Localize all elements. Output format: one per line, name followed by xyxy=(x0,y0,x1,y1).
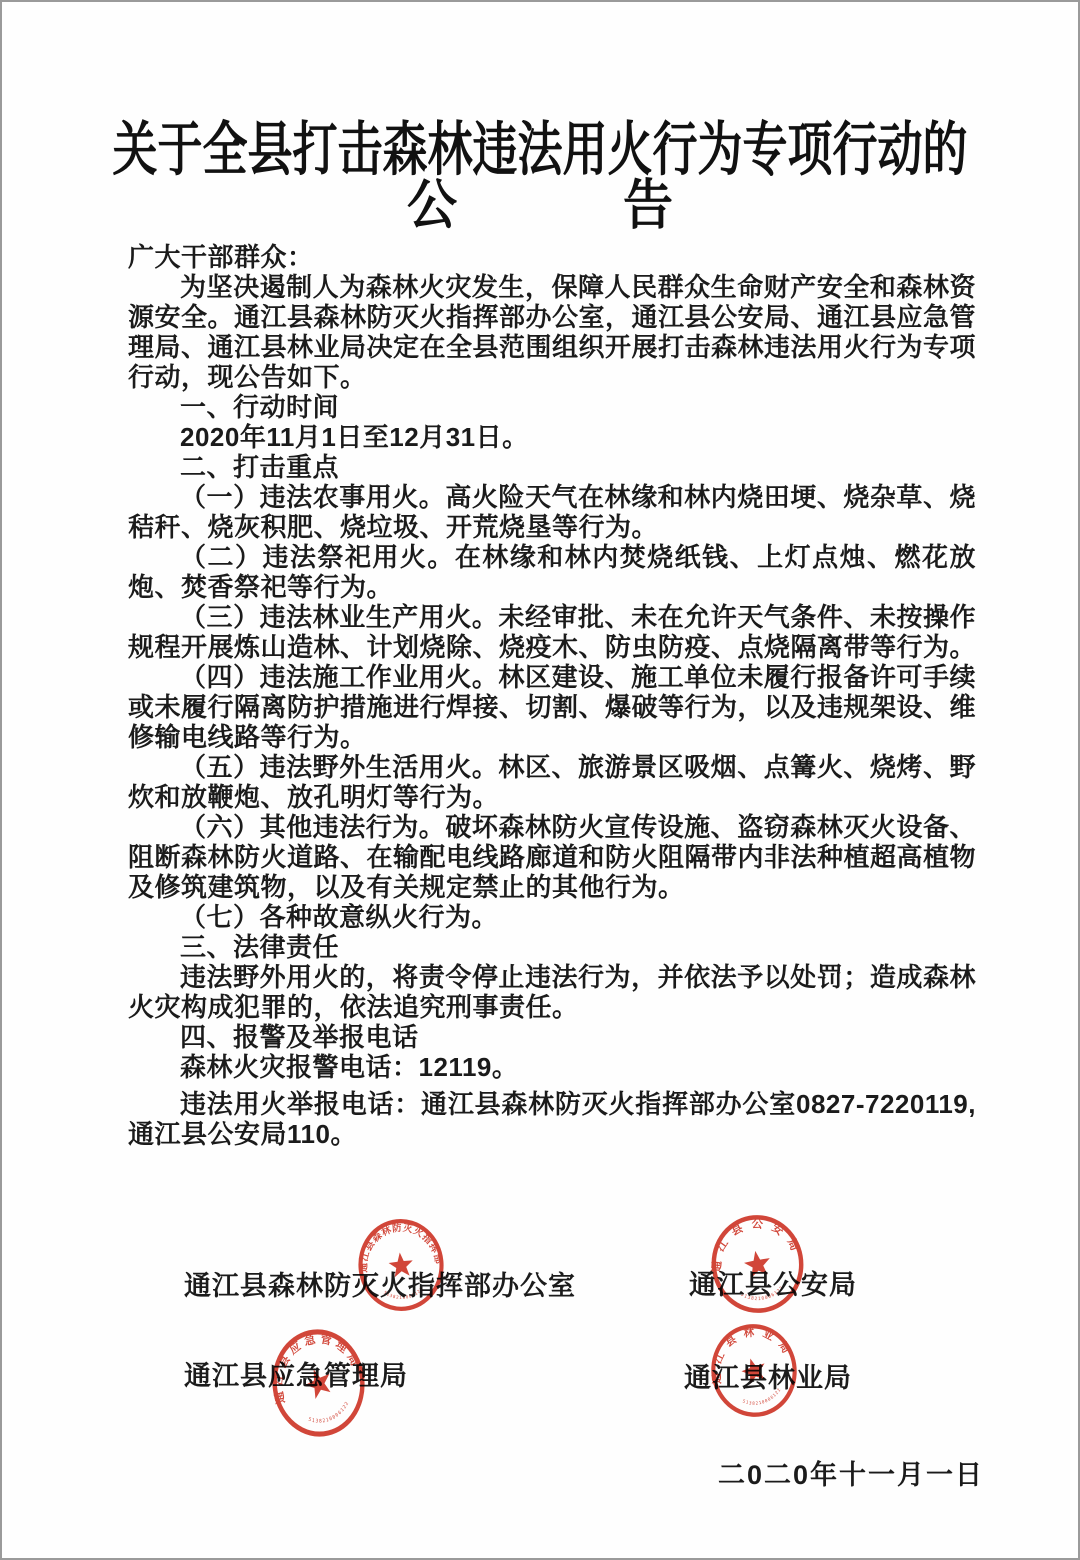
paragraph: （一）违法农事用火。高火险天气在林缘和林内烧田埂、烧杂草、烧秸秆、烧灰积肥、烧垃… xyxy=(128,482,976,542)
page: 关于全县打击森林违法用火行为专项行动的 公 告 广大干部群众： 为坚决遏制人为森… xyxy=(0,0,1080,1560)
issue-date: 二0二0年十一月一日 xyxy=(718,1453,984,1492)
star-icon xyxy=(302,1364,336,1401)
official-seal-icon: 通江县公安局 5138210006122 xyxy=(709,1214,806,1314)
paragraph: （六）其他违法行为。破坏森林防火宣传设施、盗窃森林灭火设备、阻断森林防火道路、在… xyxy=(128,812,976,902)
section-heading: 二、打击重点 xyxy=(128,452,976,482)
paragraph: 森林火灾报警电话：12119。 xyxy=(128,1052,976,1082)
svg-text:通江县应急管理局: 通江县应急管理局 xyxy=(270,1328,364,1409)
svg-text:5138210006122: 5138210006122 xyxy=(383,1285,426,1302)
paragraph: （三）违法林业生产用火。未经审批、未在允许天气条件、未按操作规程开展炼山造林、计… xyxy=(128,602,976,662)
paragraph: 2020年11月1日至12月31日。 xyxy=(128,422,976,452)
section-heading: 一、行动时间 xyxy=(128,392,976,422)
official-seal-icon: 通江县应急管理局 5138210006122 xyxy=(270,1328,367,1438)
doc-subtitle: 公 告 xyxy=(2,162,1078,240)
paragraph: 违法用火举报电话：通江县森林防灭火指挥部办公室0827-7220119,通江县公… xyxy=(128,1089,976,1149)
salutation: 广大干部群众： xyxy=(128,242,976,272)
official-seal-icon: 通江县森林防灭火指挥部 5138210006122 xyxy=(356,1218,446,1312)
doc-body: 广大干部群众： 为坚决遏制人为森林火灾发生，保障人民群众生命财产安全和森林资源安… xyxy=(128,242,976,1149)
paragraph: （二）违法祭祀用火。在林缘和林内焚烧纸钱、上灯点烛、燃花放炮、焚香祭祀等行为。 xyxy=(128,542,976,602)
official-seal-icon: 通江县林业局 5138210006122 xyxy=(709,1323,799,1418)
section-heading: 三、法律责任 xyxy=(128,932,976,962)
svg-text:5138210006122: 5138210006122 xyxy=(306,1398,354,1431)
paragraph: 为坚决遏制人为森林火灾发生，保障人民群众生命财产安全和森林资源安全。通江县森林防… xyxy=(128,272,976,392)
paragraph: （四）违法施工作业用火。林区建设、施工单位未履行报备许可手续或未履行隔离防护措施… xyxy=(128,662,976,752)
paragraph: （七）各种故意纵火行为。 xyxy=(128,902,976,932)
paragraph: 违法野外用火的，将责令停止违法行为，并依法予以处罚；造成森林火灾构成犯罪的，依法… xyxy=(128,962,976,1022)
star-icon xyxy=(388,1251,415,1278)
section-heading: 四、报警及举报电话 xyxy=(128,1022,976,1052)
star-icon xyxy=(739,1354,769,1385)
paragraph: （五）违法野外生活用火。林区、旅游景区吸烟、点篝火、烧烤、野炊和放鞭炮、放孔明灯… xyxy=(128,752,976,812)
star-icon xyxy=(742,1249,772,1279)
